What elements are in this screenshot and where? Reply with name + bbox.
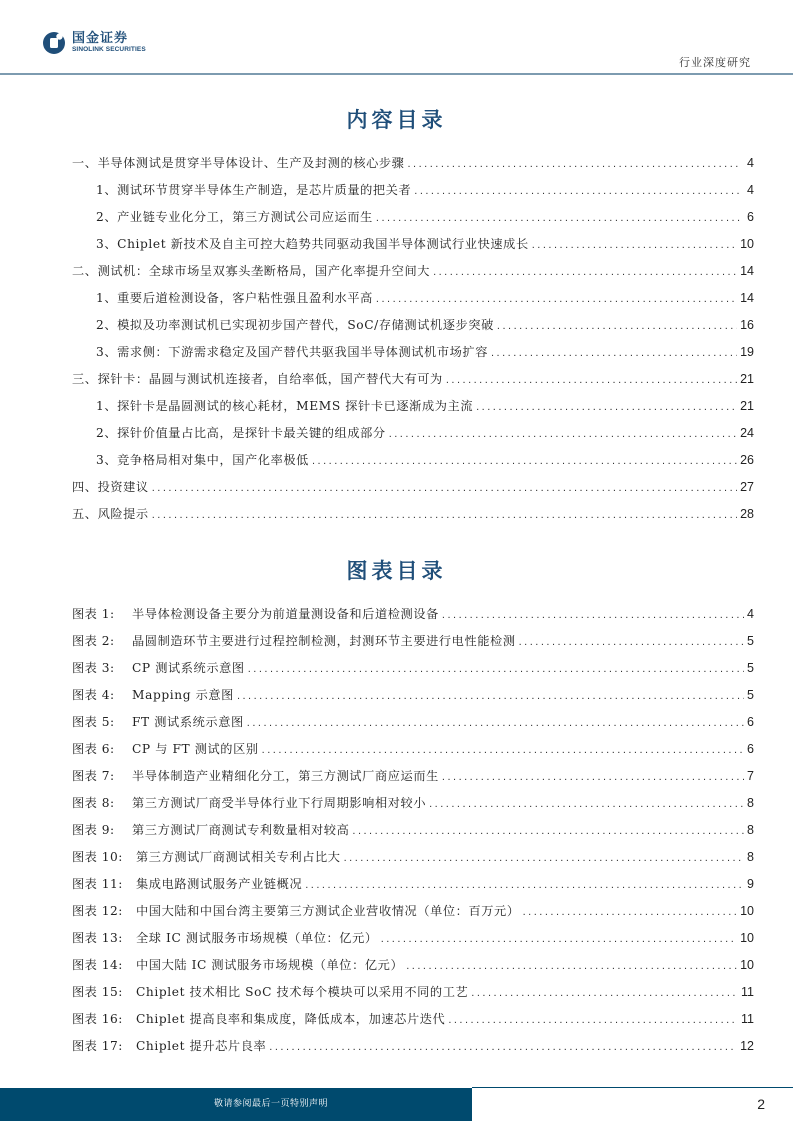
figure-page: 8 xyxy=(747,822,754,838)
figure-entry[interactable]: 图表 13:全球 IC 测试服务市场规模（单位：亿元）10 xyxy=(72,930,754,946)
figure-number: 图表 6: xyxy=(72,741,132,757)
dot-leader xyxy=(407,156,741,172)
dot-leader xyxy=(497,318,737,334)
figure-label: Chiplet 提升芯片良率 xyxy=(136,1038,266,1054)
toc-entry-page: 21 xyxy=(740,398,754,414)
figure-page: 10 xyxy=(740,930,754,946)
figure-entry[interactable]: 图表 17:Chiplet 提升芯片良率12 xyxy=(72,1038,754,1054)
figure-number: 图表 3: xyxy=(72,660,132,676)
figure-page: 5 xyxy=(747,687,754,703)
figure-entry[interactable]: 图表 9:第三方测试厂商测试专利数量相对较高8 xyxy=(72,822,754,838)
figure-page: 12 xyxy=(740,1038,754,1054)
dot-leader xyxy=(448,1012,738,1028)
toc-entry[interactable]: 五、风险提示28 xyxy=(72,506,754,522)
toc-entry[interactable]: 2、模拟及功率测试机已实现初步国产替代，SoC/存储测试机逐步突破16 xyxy=(96,317,754,333)
toc-entry-label: 3、Chiplet 新技术及自主可控大趋势共同驱动我国半导体测试行业快速成长 xyxy=(96,236,529,252)
dot-leader xyxy=(429,796,744,812)
toc-entry-label: 3、竞争格局相对集中，国产化率极低 xyxy=(96,452,309,468)
toc-entry[interactable]: 3、需求侧：下游需求稳定及国产替代共驱我国半导体测试机市场扩容19 xyxy=(96,344,754,360)
dot-leader xyxy=(519,634,744,650)
figure-label: 中国大陆 IC 测试服务市场规模（单位：亿元） xyxy=(136,957,403,973)
toc-entry-label: 3、需求侧：下游需求稳定及国产替代共驱我国半导体测试机市场扩容 xyxy=(96,344,488,360)
figure-label: 第三方测试厂商测试相关专利占比大 xyxy=(136,849,341,865)
toc-entry-label: 2、模拟及功率测试机已实现初步国产替代，SoC/存储测试机逐步突破 xyxy=(96,317,494,333)
dot-leader xyxy=(442,769,744,785)
footer-disclaimer: 敬请参阅最后一页特别声明 xyxy=(0,1088,472,1121)
dot-leader xyxy=(305,877,744,893)
toc-entry[interactable]: 二、测试机：全球市场呈双寡头垄断格局，国产化率提升空间大14 xyxy=(72,263,754,279)
dot-leader xyxy=(262,742,744,758)
dot-leader xyxy=(532,237,737,253)
figure-label: Chiplet 提高良率和集成度，降低成本，加速芯片迭代 xyxy=(136,1011,445,1027)
toc-entry-page: 19 xyxy=(740,344,754,360)
toc-entry[interactable]: 3、竞争格局相对集中，国产化率极低26 xyxy=(96,452,754,468)
figure-number: 图表 8: xyxy=(72,795,132,811)
dot-leader xyxy=(406,958,737,974)
toc-entry-label: 1、测试环节贯穿半导体生产制造，是芯片质量的把关者 xyxy=(96,182,411,198)
toc-entry-page: 27 xyxy=(740,479,754,495)
figure-number: 图表 7: xyxy=(72,768,132,784)
figure-page: 8 xyxy=(747,849,754,865)
report-type: 行业深度研究 xyxy=(679,54,751,70)
toc-entry-page: 21 xyxy=(740,371,754,387)
figure-label: FT 测试系统示意图 xyxy=(132,714,244,730)
toc-entry-page: 24 xyxy=(740,425,754,441)
toc-entry-page: 10 xyxy=(740,236,754,252)
figure-page: 6 xyxy=(747,714,754,730)
figure-number: 图表 10: xyxy=(72,849,136,865)
dot-leader xyxy=(352,823,744,839)
figure-label: Mapping 示意图 xyxy=(132,687,234,703)
figure-entry[interactable]: 图表 5:FT 测试系统示意图6 xyxy=(72,714,754,730)
figure-page: 10 xyxy=(740,903,754,919)
dot-leader xyxy=(237,688,744,704)
toc-entry-page: 26 xyxy=(740,452,754,468)
dot-leader xyxy=(476,399,737,415)
dot-leader xyxy=(442,607,744,623)
figure-number: 图表 17: xyxy=(72,1038,136,1054)
figure-number: 图表 12: xyxy=(72,903,136,919)
figure-label: 中国大陆和中国台湾主要第三方测试企业营收情况（单位：百万元） xyxy=(136,903,520,919)
toc-entry-page: 28 xyxy=(740,506,754,522)
sinolink-logo-icon xyxy=(42,31,66,55)
dot-leader xyxy=(152,507,737,523)
figure-page: 5 xyxy=(747,633,754,649)
figure-number: 图表 15: xyxy=(72,984,136,1000)
figure-label: 晶圆制造环节主要进行过程控制检测，封测环节主要进行电性能检测 xyxy=(132,633,516,649)
figure-number: 图表 9: xyxy=(72,822,132,838)
figure-label: CP 测试系统示意图 xyxy=(132,660,245,676)
company-logo: 国金证券 SINOLINK SECURITIES xyxy=(42,31,146,55)
dot-leader xyxy=(247,715,744,731)
figure-page: 8 xyxy=(747,795,754,811)
dot-leader xyxy=(152,480,737,496)
figure-number: 图表 14: xyxy=(72,957,136,973)
figure-list-title: 图表目录 xyxy=(0,555,793,585)
logo-chinese-name: 国金证券 xyxy=(72,32,146,46)
figure-entry[interactable]: 图表 15:Chiplet 技术相比 SoC 技术每个模块可以采用不同的工艺11 xyxy=(72,984,754,1000)
toc-entry-page: 6 xyxy=(744,209,754,225)
figure-entry[interactable]: 图表 11:集成电路测试服务产业链概况9 xyxy=(72,876,754,892)
toc-entry-label: 五、风险提示 xyxy=(72,506,149,522)
toc-entry-label: 1、重要后道检测设备，客户粘性强且盈利水平高 xyxy=(96,290,373,306)
figure-page: 11 xyxy=(741,984,754,1000)
figure-number: 图表 11: xyxy=(72,876,136,892)
figure-entry[interactable]: 图表 4:Mapping 示意图5 xyxy=(72,687,754,703)
toc-entry[interactable]: 一、半导体测试是贯穿半导体设计、生产及封测的核心步骤4 xyxy=(72,155,754,171)
figure-entry[interactable]: 图表 10:第三方测试厂商测试相关专利占比大8 xyxy=(72,849,754,865)
toc-title: 内容目录 xyxy=(0,104,793,134)
figure-label: 集成电路测试服务产业链概况 xyxy=(136,876,302,892)
figure-entry[interactable]: 图表 2:晶圆制造环节主要进行过程控制检测，封测环节主要进行电性能检测5 xyxy=(72,633,754,649)
figure-label: 半导体检测设备主要分为前道量测设备和后道检测设备 xyxy=(132,606,439,622)
dot-leader xyxy=(312,453,737,469)
dot-leader xyxy=(376,210,741,226)
figure-number: 图表 2: xyxy=(72,633,132,649)
figure-label: 第三方测试厂商测试专利数量相对较高 xyxy=(132,822,349,838)
toc-entry-label: 三、探针卡：晶圆与测试机连接者，自给率低，国产替代大有可为 xyxy=(72,371,443,387)
toc-entry[interactable]: 四、投资建议27 xyxy=(72,479,754,495)
dot-leader xyxy=(414,183,741,199)
dot-leader xyxy=(446,372,737,388)
figure-page: 9 xyxy=(747,876,754,892)
toc-entry-label: 2、探针价值量占比高，是探针卡最关键的组成部分 xyxy=(96,425,386,441)
figure-entry[interactable]: 图表 16:Chiplet 提高良率和集成度，降低成本，加速芯片迭代11 xyxy=(72,1011,754,1027)
toc-entry-label: 1、探针卡是晶圆测试的核心耗材，MEMS 探针卡已逐渐成为主流 xyxy=(96,398,473,414)
logo-english-name: SINOLINK SECURITIES xyxy=(72,46,146,54)
figure-entry[interactable]: 图表 3:CP 测试系统示意图5 xyxy=(72,660,754,676)
dot-leader xyxy=(248,661,744,677)
figure-label: 第三方测试厂商受半导体行业下行周期影响相对较小 xyxy=(132,795,426,811)
toc-entry[interactable]: 1、重要后道检测设备，客户粘性强且盈利水平高14 xyxy=(96,290,754,306)
toc-entry[interactable]: 三、探针卡：晶圆与测试机连接者，自给率低，国产替代大有可为21 xyxy=(72,371,754,387)
dot-leader xyxy=(471,985,738,1001)
figure-entry[interactable]: 图表 8:第三方测试厂商受半导体行业下行周期影响相对较小8 xyxy=(72,795,754,811)
figure-number: 图表 13: xyxy=(72,930,136,946)
toc-entry-page: 4 xyxy=(744,182,754,198)
toc-entry[interactable]: 3、Chiplet 新技术及自主可控大趋势共同驱动我国半导体测试行业快速成长10 xyxy=(96,236,754,252)
figure-number: 图表 16: xyxy=(72,1011,136,1027)
figure-page: 6 xyxy=(747,741,754,757)
dot-leader xyxy=(344,850,744,866)
figure-label: 全球 IC 测试服务市场规模（单位：亿元） xyxy=(136,930,378,946)
toc-entry[interactable]: 2、产业链专业化分工，第三方测试公司应运而生6 xyxy=(96,209,754,225)
dot-leader xyxy=(433,264,737,280)
figure-label: Chiplet 技术相比 SoC 技术每个模块可以采用不同的工艺 xyxy=(136,984,468,1000)
figure-number: 图表 4: xyxy=(72,687,132,703)
toc-entry-page: 16 xyxy=(740,317,754,333)
toc-entry-label: 一、半导体测试是贯穿半导体设计、生产及封测的核心步骤 xyxy=(72,155,404,171)
dot-leader xyxy=(269,1039,737,1055)
figure-page: 4 xyxy=(747,606,754,622)
figure-number: 图表 1: xyxy=(72,606,132,622)
figure-number: 图表 5: xyxy=(72,714,132,730)
dot-leader xyxy=(491,345,737,361)
figure-page: 11 xyxy=(741,1011,754,1027)
toc-entry-label: 2、产业链专业化分工，第三方测试公司应运而生 xyxy=(96,209,373,225)
page-number: 2 xyxy=(757,1096,765,1112)
footer-divider xyxy=(472,1087,793,1088)
toc-entry[interactable]: 1、探针卡是晶圆测试的核心耗材，MEMS 探针卡已逐渐成为主流21 xyxy=(96,398,754,414)
header-divider xyxy=(0,73,793,75)
figure-page: 5 xyxy=(747,660,754,676)
figure-entry[interactable]: 图表 12:中国大陆和中国台湾主要第三方测试企业营收情况（单位：百万元）10 xyxy=(72,903,754,919)
toc-entry-page: 14 xyxy=(740,263,754,279)
toc-entry[interactable]: 2、探针价值量占比高，是探针卡最关键的组成部分24 xyxy=(96,425,754,441)
toc-entry[interactable]: 1、测试环节贯穿半导体生产制造，是芯片质量的把关者4 xyxy=(96,182,754,198)
figure-label: 半导体制造产业精细化分工，第三方测试厂商应运而生 xyxy=(132,768,439,784)
dot-leader xyxy=(389,426,737,442)
figure-label: CP 与 FT 测试的区别 xyxy=(132,741,259,757)
dot-leader xyxy=(381,931,737,947)
toc-entry-page: 4 xyxy=(744,155,754,171)
dot-leader xyxy=(523,904,737,920)
toc-entry-label: 二、测试机：全球市场呈双寡头垄断格局，国产化率提升空间大 xyxy=(72,263,430,279)
footer-bar: 敬请参阅最后一页特别声明 xyxy=(0,1088,472,1121)
figure-entry[interactable]: 图表 7:半导体制造产业精细化分工，第三方测试厂商应运而生7 xyxy=(72,768,754,784)
toc-entry-page: 14 xyxy=(740,290,754,306)
figure-page: 7 xyxy=(747,768,754,784)
dot-leader xyxy=(376,291,737,307)
figure-page: 10 xyxy=(740,957,754,973)
figure-entry[interactable]: 图表 6:CP 与 FT 测试的区别6 xyxy=(72,741,754,757)
figure-entry[interactable]: 图表 1:半导体检测设备主要分为前道量测设备和后道检测设备4 xyxy=(72,606,754,622)
page-header: 国金证券 SINOLINK SECURITIES 行业深度研究 xyxy=(0,0,793,75)
figure-entry[interactable]: 图表 14:中国大陆 IC 测试服务市场规模（单位：亿元）10 xyxy=(72,957,754,973)
toc-entry-label: 四、投资建议 xyxy=(72,479,149,495)
